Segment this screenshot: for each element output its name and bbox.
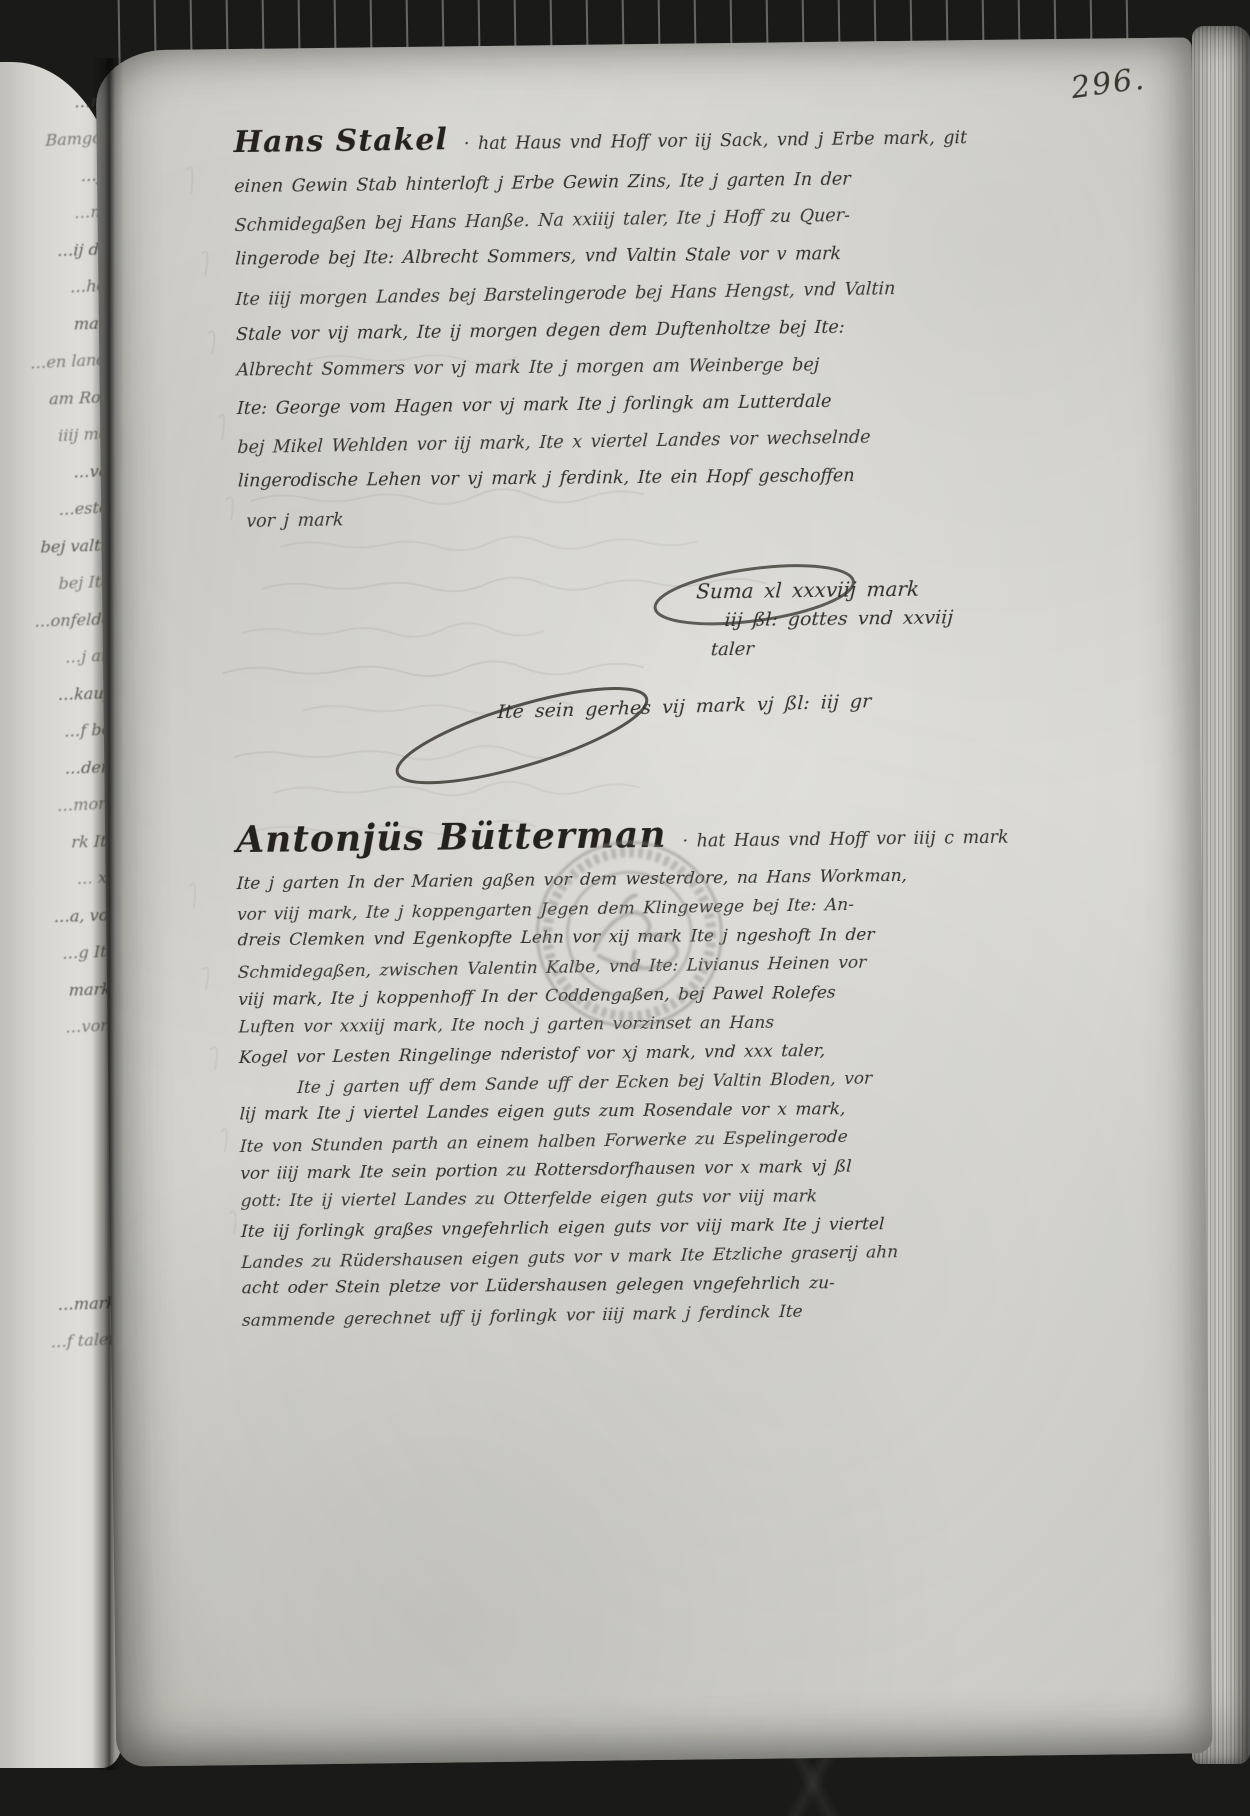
archive-seal-stamp bbox=[523, 828, 736, 1041]
entry-heading-line: Hans Stakel· hat Haus vnd Hoff vor iij S… bbox=[233, 114, 1148, 160]
archive-photo-stage: …mgBamgoly…y j…nig…ij der…he jmark…en la… bbox=[0, 0, 1250, 1816]
manuscript-page: 296. Hans Stakel· hat Haus vnd Hoff bbox=[96, 37, 1213, 1766]
sum-currency-line: taler bbox=[696, 631, 1038, 664]
entry-heading-continuation: · hat Haus vnd Hoff vor iij Sack, vnd j … bbox=[464, 128, 967, 154]
sum-total-line: Suma xl xxxviij mark bbox=[695, 573, 1037, 606]
entry-body: einen Gewin Stab hinterloft j Erbe Gewin… bbox=[234, 158, 1153, 539]
folio-number: 296. bbox=[1069, 62, 1148, 107]
fee-line: Ite sein gerhes vij mark vj ßl: iij gr bbox=[401, 684, 962, 781]
entry-name: Hans Stakel bbox=[233, 122, 448, 160]
entry-hans-stakel: Hans Stakel· hat Haus vnd Hoff vor iij S… bbox=[233, 114, 1153, 539]
book-gutter-shadow bbox=[92, 58, 124, 1770]
sum-detail-line: iij ßl: gottes vnd xxviij bbox=[696, 602, 1038, 635]
fee-text: Ite sein gerhes vij mark vj ßl: iij gr bbox=[497, 690, 872, 723]
sum-block: Suma xl xxxviij mark iij ßl: gottes vnd … bbox=[696, 573, 1037, 664]
